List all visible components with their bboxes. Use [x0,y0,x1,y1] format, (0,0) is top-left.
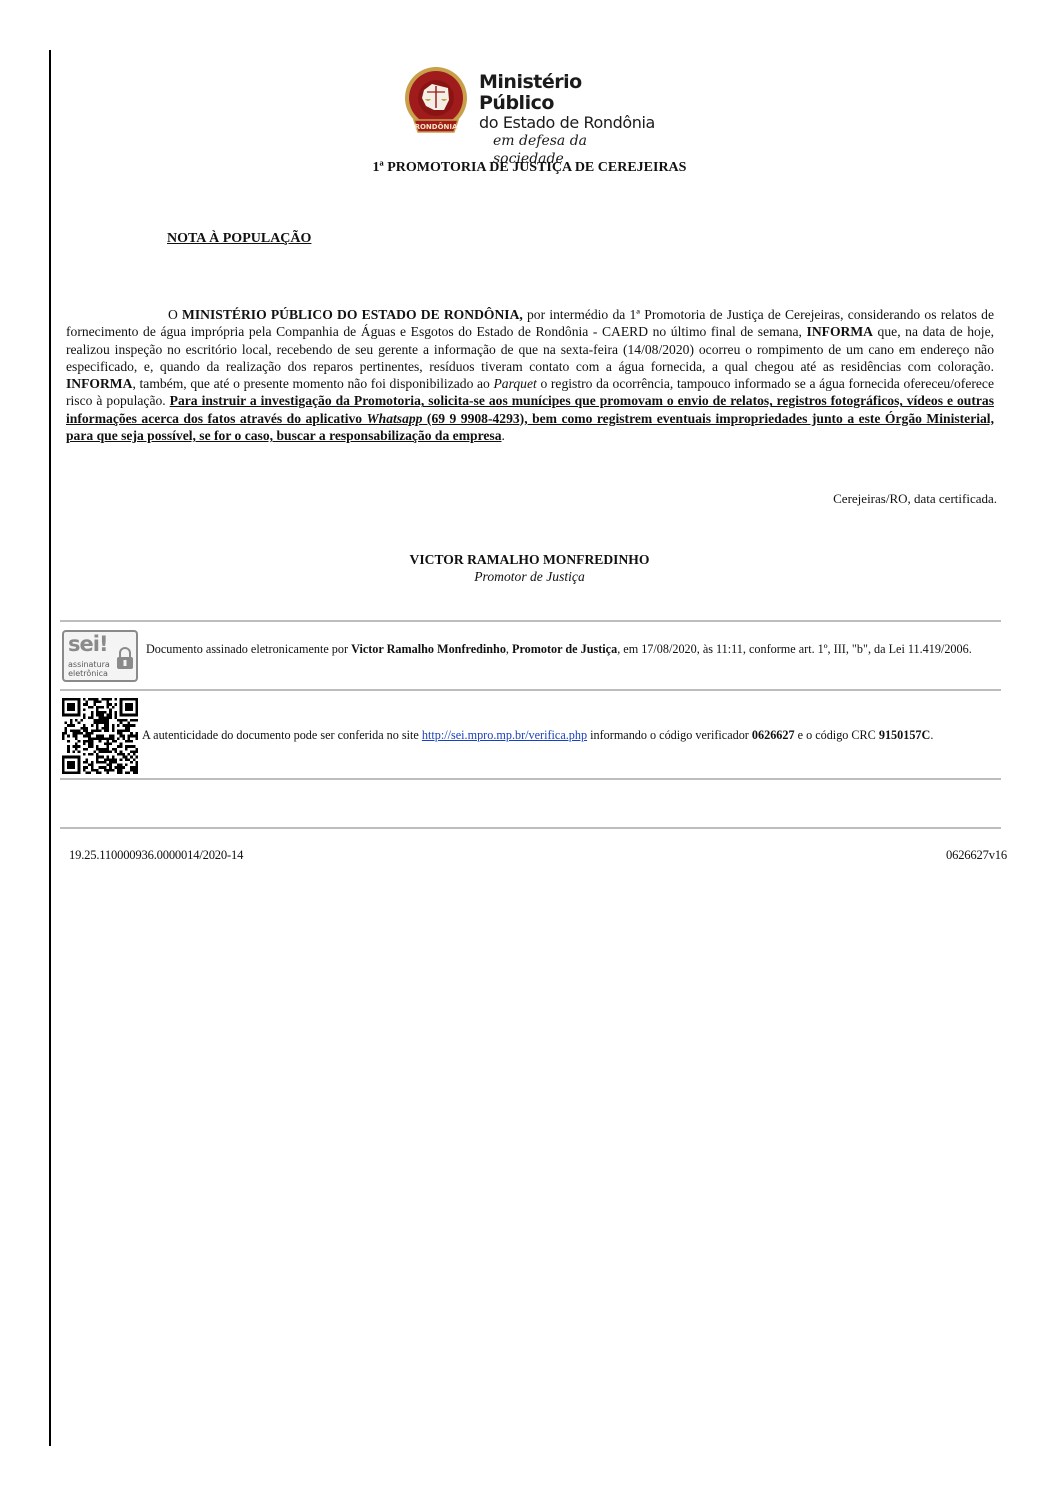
electronic-signature-badge: sei! assinaturaeletrônica [62,630,138,682]
office-title: 1ª PROMOTORIA DE JUSTIÇA DE CEREJEIRAS [0,160,1059,176]
request-text: Para instruir a investigação da Promotor… [66,393,994,443]
signer-role: Promotor de Justiça [0,568,1059,585]
verification-link[interactable]: http://sei.mpro.mp.br/verifica.php [422,728,587,742]
logo-subtitle: do Estado de Rondônia [479,114,662,132]
page-margin-line [49,50,51,1446]
seal-icon: RONDÔNIA [402,66,470,140]
institution-logo: RONDÔNIA Ministério Público do Estado de… [402,66,662,140]
divider [60,689,1001,691]
verification-statement: A autenticidade do documento pode ser co… [142,728,933,743]
logo-title: Ministério Público [479,72,662,114]
document-version: 0626627v16 [946,848,1007,863]
note-title: NOTA À POPULAÇÃO [167,231,311,247]
signer-block: VICTOR RAMALHO MONFREDINHO Promotor de J… [0,551,1059,585]
qr-code-icon[interactable] [62,698,138,774]
note-body: O MINISTÉRIO PÚBLICO DO ESTADO DE RONDÔN… [66,306,994,444]
svg-text:RONDÔNIA: RONDÔNIA [415,122,458,131]
lock-icon [116,646,134,670]
divider [60,778,1001,780]
process-number: 19.25.110000936.0000014/2020-14 [69,848,243,863]
signature-statement: Documento assinado eletronicamente por V… [146,642,986,658]
org-name: MINISTÉRIO PÚBLICO DO ESTADO DE RONDÔNIA… [182,307,523,322]
place-date: Cerejeiras/RO, data certificada. [833,491,997,507]
divider [60,620,1001,622]
verifier-code: 0626627 [752,728,795,742]
crc-code: 9150157C [879,728,930,742]
signer-name: VICTOR RAMALHO MONFREDINHO [0,551,1059,568]
divider [60,827,1001,829]
